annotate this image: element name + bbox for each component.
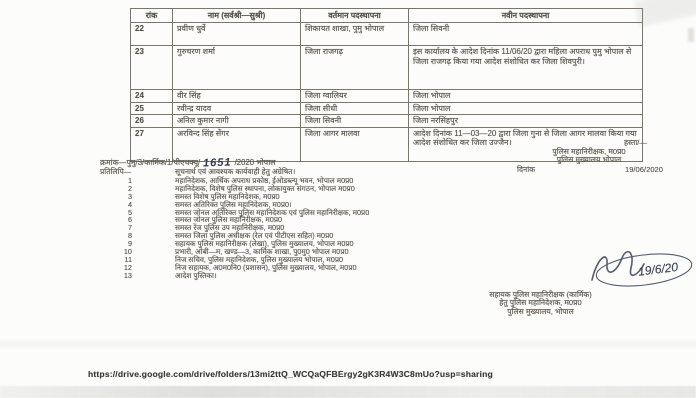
list-item: 2महानिदेशक, विशेष पुलिस स्थापना, लोकायुक…	[0, 185, 696, 193]
cell-name: अनिल कुमार नागी	[173, 115, 301, 127]
item-text: आदेश पुस्तिका।	[175, 272, 217, 280]
issue-date-line: दिनांक 19/06/2020	[503, 166, 675, 175]
footer-url-link[interactable]: https://drive.google.com/drive/folders/1…	[88, 369, 493, 379]
header-new-posting: नवीन पदस्थापना	[409, 9, 643, 23]
cell-name: वीर सिंह	[173, 90, 301, 102]
cell-new: जिला भोपाल	[409, 90, 643, 102]
cell-new: इस कार्यालय के आदेश दिनांक 11/06/20 द्वा…	[409, 46, 643, 90]
signatory-block: सहायक पुलिस महानिरीक्षक (कार्मिक) हेतु प…	[438, 291, 643, 316]
date-label: दिनांक	[517, 166, 535, 175]
table-row: 25 रवीन्द्र यादव जिला सीधी जिला भोपाल	[131, 102, 643, 114]
scan-artifact	[0, 341, 696, 347]
cell-name: प्रवीण धुर्वे	[173, 23, 301, 46]
signature-area: 19/6/20	[586, 244, 696, 296]
table-row: 22 प्रवीण धुर्वे शिकायत शाखा, पुमु भोपाल…	[131, 23, 643, 46]
cell-serial: 22	[131, 23, 173, 46]
signatory-line3: पुलिस मुख्यालय, भोपाल	[438, 308, 643, 316]
scan-artifact	[634, 0, 696, 27]
issue-date: 19/06/2020	[625, 166, 663, 175]
issuing-authority-block: हस्ता/— पुलिस महानिरीक्षक, म0प्र0 पुलिस …	[503, 139, 675, 174]
ref-prefix: क्रमांक—पुमु/3/कार्मिक/1/पीएचक्यू/	[100, 158, 200, 167]
copy-label: प्रतिलिपि—	[100, 168, 131, 176]
cell-current: जिला सिवनी	[301, 115, 409, 127]
table-row: 23 गुरुचरण शर्मा जिला राजगढ़ इस कार्यालय…	[131, 46, 643, 90]
table-row: 24 वीर सिंह जिला ग्वालियर जिला भोपाल	[131, 90, 643, 102]
list-item: 7समस्त रेंज पुलिस उप महानिरीक्षक, म0प्र0	[0, 224, 696, 232]
cell-name: रवीन्द्र यादव	[173, 102, 301, 114]
header-name: नाम (सर्वश्री—सुश्री)	[173, 9, 301, 23]
list-item: 6समस्त जोनल पुलिस महानिरीक्षक, म0प्र0	[0, 216, 696, 224]
copy-intro: सूचनार्थ एवं आवश्यक कार्यवाही हेतु अग्रे…	[175, 168, 295, 176]
cell-new: जिला भोपाल	[409, 102, 643, 114]
cell-serial: 26	[131, 115, 173, 127]
cell-serial: 23	[131, 46, 173, 90]
handwritten-date: 19/6/20	[637, 260, 679, 279]
table-header-row: रांक नाम (सर्वश्री—सुश्री) वर्तमान पदस्थ…	[131, 9, 643, 23]
cell-serial: 25	[131, 102, 173, 114]
item-number: 13	[112, 272, 132, 280]
scan-artifact	[0, 386, 696, 398]
cell-current: जिला आगर मालवा	[301, 127, 409, 161]
table-row: 26 अनिल कुमार नागी जिला सिवनी जिला नरसिं…	[131, 115, 643, 127]
cell-current: जिला राजगढ़	[301, 46, 409, 90]
signed-office: पुलिस मुख्यालय भोपाल	[503, 156, 675, 165]
cell-serial: 24	[131, 90, 173, 102]
cell-name: गुरुचरण शर्मा	[173, 46, 301, 90]
cell-current: जिला सीधी	[301, 102, 409, 114]
cell-current: शिकायत शाखा, पुमु भोपाल	[301, 23, 409, 46]
cell-new: जिला नरसिंहपुर	[409, 115, 643, 127]
header-serial: रांक	[131, 9, 173, 23]
cell-new: जिला सिवनी	[409, 23, 643, 46]
cell-current: जिला ग्वालियर	[301, 90, 409, 102]
ref-suffix: /2020 भोपाल	[235, 158, 276, 167]
list-item: 3समस्त विशेष पुलिस महानिदेशक, म0प्र0	[0, 193, 696, 201]
list-item: 5समस्त जोनल अतिरिक्त पुलिस महानिदेशक एवं…	[0, 209, 696, 217]
signature-scribble-icon: 19/6/20	[586, 244, 696, 296]
scanned-order-document: रांक नाम (सर्वश्री—सुश्री) वर्तमान पदस्थ…	[0, 0, 696, 398]
header-current-posting: वर्तमान पदस्थापना	[301, 9, 409, 23]
scan-artifact	[688, 28, 694, 42]
